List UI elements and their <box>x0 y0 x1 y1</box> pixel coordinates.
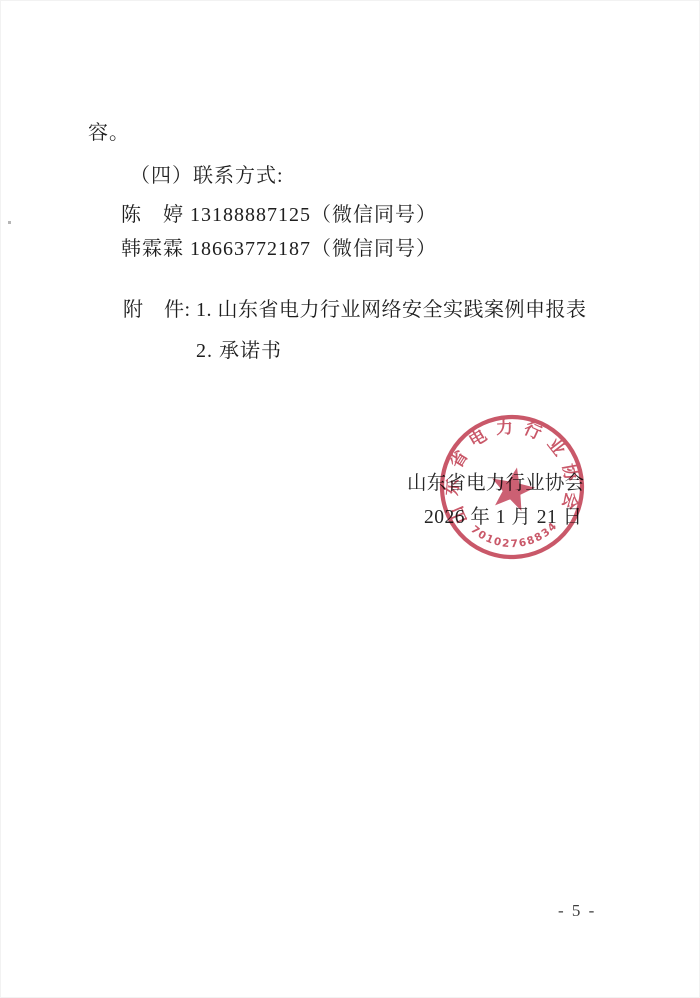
seal-arc-organization-text: 山东省电力行业协会 <box>437 413 585 527</box>
contact-section-heading: （四）联系方式: <box>130 159 284 188</box>
star-icon <box>492 467 537 513</box>
official-seal: 山东省电力行业协会 3701027688340 <box>432 407 592 567</box>
scan-speck <box>8 221 11 224</box>
contact-person-1: 陈 婷 13188887125（微信同号） <box>121 198 437 227</box>
paragraph-closing-text: 容。 <box>88 116 130 145</box>
page-number: - 5 - <box>558 901 596 921</box>
attachment-line-2: 2. 承诺书 <box>196 334 282 363</box>
contact-person-2: 韩霖霖 18663772187（微信同号） <box>121 232 437 261</box>
document-page: 容。 （四）联系方式: 陈 婷 13188887125（微信同号） 韩霖霖 18… <box>0 0 700 998</box>
attachment-line-1: 附 件: 1. 山东省电力行业网络安全实践案例申报表 <box>123 293 587 322</box>
